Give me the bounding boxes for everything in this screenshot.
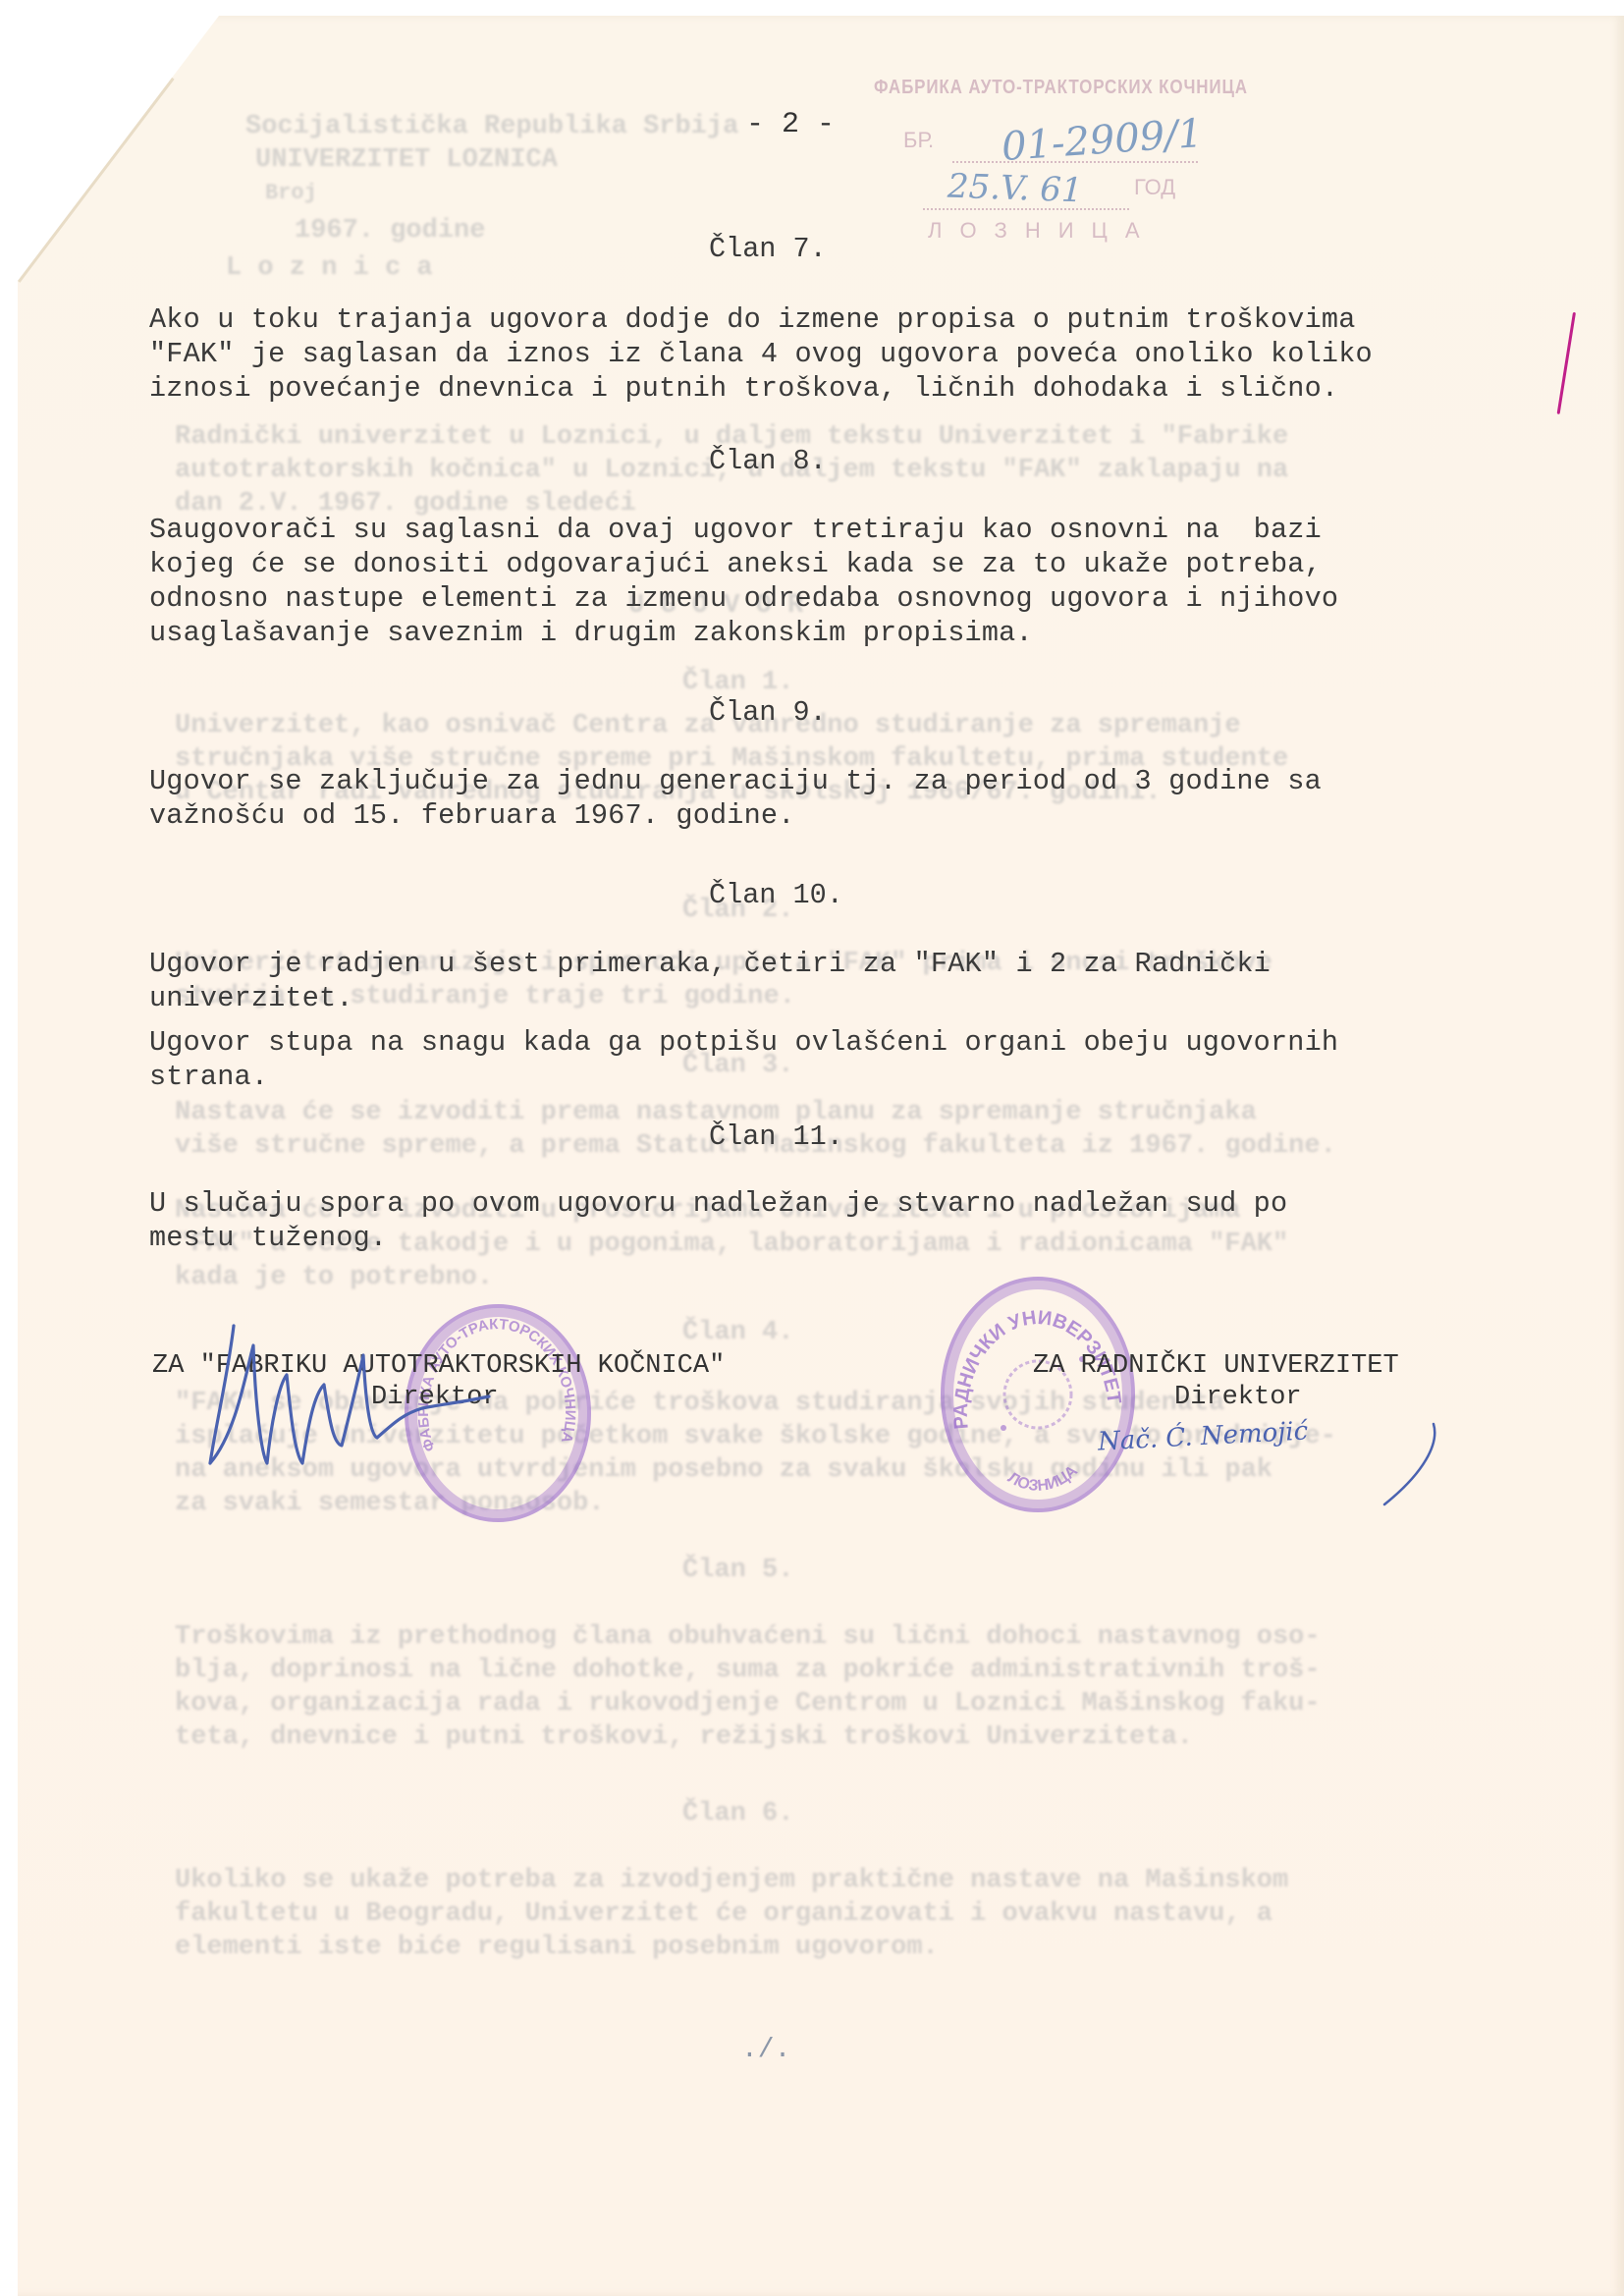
registry-stamp-date-value: 25.V. 61: [947, 167, 1083, 211]
article-10-line: Ugovor stupa na snagu kada ga potpišu ov…: [149, 1025, 1338, 1060]
page-number: - 2 -: [746, 108, 835, 141]
ghost-header-line: Socijalistička Republika Srbija: [245, 110, 738, 143]
article-7-line: Ako u toku trajanja ugovora dodje do izm…: [149, 302, 1356, 337]
ghost-line: teta, dnevnice i putni troškovi, režijsk…: [175, 1721, 1193, 1754]
right-party-label: ZA RADNIČKI UNIVERZITET: [1033, 1349, 1399, 1383]
ghost-line: Ukoliko se ukaže potreba za izvodjenjem …: [175, 1864, 1288, 1897]
article-11-heading: Član 11.: [709, 1120, 843, 1154]
article-10-line: univerzitet.: [149, 981, 353, 1015]
ghost-line: blja, doprinosi na lične dohotke, suma z…: [175, 1654, 1321, 1687]
article-11-line: U slučaju spora po ovom ugovoru nadležan…: [149, 1186, 1287, 1221]
ghost-line: Član 5.: [682, 1554, 793, 1587]
ghost-line: Član 4.: [682, 1316, 793, 1349]
ghost-line: kova, organizacija rada i rukovodjenje C…: [175, 1687, 1321, 1721]
university-seal: РАДНИЧКИ УНИВЕРЗИТЕТ ЛОЗНИЦА: [941, 1277, 1135, 1512]
svg-text:ЛОЗНИЦА: ЛОЗНИЦА: [1004, 1462, 1081, 1495]
ghost-line: Troškovima iz prethodnog člana obuhvaćen…: [175, 1620, 1321, 1654]
article-8-line: usaglašavanje saveznim i drugim zakonski…: [149, 616, 1033, 650]
university-seal-city: ЛОЗНИЦА: [1004, 1462, 1081, 1495]
article-8-line: Saugovorači su saglasni da ovaj ugovor t…: [149, 513, 1322, 547]
ghost-line: Član 1.: [682, 666, 793, 699]
right-signature-flourish: [1375, 1414, 1453, 1512]
continuation-mark: ./.: [741, 2035, 790, 2065]
registry-stamp-number-label: БР.: [903, 128, 934, 153]
ghost-header-line: L o z n i c a: [226, 251, 433, 285]
article-8-line: kojeg će se donositi odgovarajući aneksi…: [149, 547, 1322, 581]
ghost-header-line: UNIVERZITET LOZNICA: [255, 143, 558, 177]
ghost-line: Univerzitet, kao osnivač Centra za vanre…: [175, 709, 1241, 742]
article-10-line: strana.: [149, 1060, 268, 1094]
article-8-line: odnosno nastupe elementi za izmenu odred…: [149, 581, 1338, 616]
registry-stamp-year-label: ГОД: [1134, 175, 1175, 200]
article-7-line: iznosi povećanje dnevnica i putnih trošk…: [149, 371, 1338, 406]
registry-stamp: ФАБРИКА АУТО-ТРАКТОРСКИХ КОЧНИЦА БР. 01-…: [844, 71, 1257, 238]
ghost-line: kada je to potrebno.: [175, 1261, 493, 1294]
article-7-line: "FAK" je saglasan da iznos iz člana 4 ov…: [149, 337, 1373, 371]
article-8-heading: Član 8.: [709, 444, 827, 478]
ghost-line: Član 6.: [682, 1797, 793, 1831]
left-director-signature: [177, 1316, 501, 1493]
registry-stamp-city: ЛОЗНИЦА: [928, 218, 1158, 244]
registry-stamp-organization: ФАБРИКА АУТО-ТРАКТОРСКИХ КОЧНИЦА: [874, 77, 1248, 99]
article-9-heading: Član 9.: [709, 695, 827, 730]
article-7-heading: Član 7.: [709, 232, 827, 266]
article-9-line: Ugovor se zaključuje za jednu generaciju…: [149, 764, 1322, 798]
ghost-line: elementi iste biće regulisani posebnim u…: [175, 1931, 939, 1964]
right-director-label: Direktor: [1174, 1381, 1302, 1414]
article-11-line: mestu tuženog.: [149, 1221, 387, 1255]
university-seal-graphic: РАДНИЧКИ УНИВЕРЗИТЕТ ЛОЗНИЦА: [945, 1281, 1131, 1508]
ghost-line: fakultetu u Beogradu, Univerzitet će org…: [175, 1897, 1272, 1931]
article-9-line: važnošću od 15. februara 1967. godine.: [149, 798, 795, 833]
article-10-heading: Član 10.: [709, 878, 843, 912]
ghost-header-line: Broj: [265, 177, 317, 210]
article-10-line: Ugovor je radjen u šest primeraka, četir…: [149, 947, 1271, 981]
ghost-header-line: 1967. godine: [295, 214, 485, 247]
